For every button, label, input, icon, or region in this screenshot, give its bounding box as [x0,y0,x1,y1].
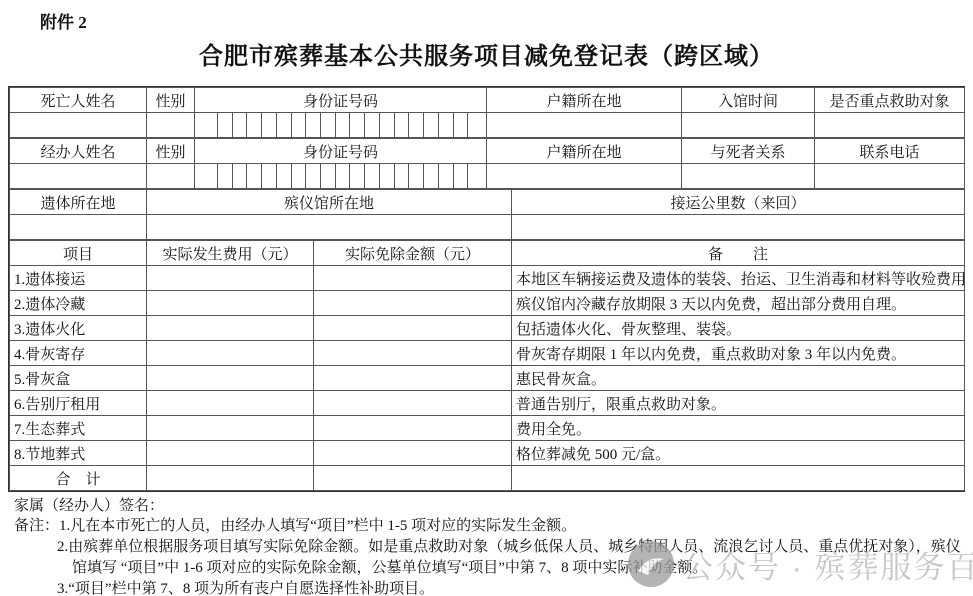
item-cost-cell [147,366,314,391]
item-cost-cell [147,341,314,366]
item-name: 3.遗体火化 [10,316,147,341]
item-name: 4.骨灰寄存 [10,341,147,366]
agent-relation-label: 与死者关系 [682,138,815,164]
body-location-label: 遗体所在地 [10,190,147,215]
agent-id-number-grid [217,164,482,188]
agent-gender-label: 性别 [147,138,195,164]
item-remark: 格位葬减免 500 元/盒。 [512,441,965,466]
agent-gender-entry-cell [147,164,195,189]
actual-cost-column-label: 实际发生费用（元） [147,241,314,266]
item-name: 1.遗体接运 [10,266,147,291]
total-row: 合 计 [10,466,965,491]
item-waiver-cell [314,366,512,391]
item-waiver-cell [314,266,512,291]
deceased-key-assist-label: 是否重点救助对象 [815,88,965,113]
deceased-name-label: 死亡人姓名 [10,88,147,113]
table-row-item-1: 1.遗体接运 本地区车辆接运费及遗体的装袋、抬运、卫生消毒和材料等收殓费用 [10,266,965,291]
agent-header-row: 经办人姓名 性别 身份证号码 户籍所在地 与死者关系 联系电话 [10,138,965,164]
deceased-admission-label: 入馆时间 [682,88,815,113]
agent-id-entry-cell [195,164,487,189]
table-row-item-2: 2.遗体冷藏 殡仪馆内冷藏存放期限 3 天以内免费，超出部分费用自理。 [10,291,965,316]
transport-km-entry-cell [512,215,965,240]
item-waiver-cell [314,391,512,416]
note-line-1: 备注：1.凡在本市死亡的人员，由经办人填写“项目”栏中 1-5 项对应的实际发生… [14,516,966,537]
item-column-label: 项目 [10,241,147,266]
item-remark: 骨灰寄存期限 1 年以内免费，重点救助对象 3 年以内免费。 [512,341,965,366]
agent-phone-entry-cell [815,164,965,189]
item-waiver-cell [314,341,512,366]
deceased-admission-entry-cell [682,113,815,139]
agent-name-entry-cell [10,164,147,189]
page-title: 合肥市殡葬基本公共服务项目减免登记表（跨区域） [0,36,973,71]
item-waiver-cell [314,316,512,341]
deceased-id-label: 身份证号码 [195,88,487,113]
item-waiver-cell [314,291,512,316]
agent-residence-entry-cell [487,164,682,189]
total-waiver-cell [314,466,512,491]
item-cost-cell [147,441,314,466]
item-cost-cell [147,391,314,416]
total-remark-cell [512,466,965,491]
item-name: 6.告别厅租用 [10,391,147,416]
location-section: 遗体所在地 殡仪馆所在地 接运公里数（来回） [9,189,965,240]
agent-residence-label: 户籍所在地 [487,138,682,164]
item-name: 5.骨灰盒 [10,366,147,391]
item-cost-cell [147,416,314,441]
item-name: 2.遗体冷藏 [10,291,147,316]
location-header-row: 遗体所在地 殡仪馆所在地 接运公里数（来回） [10,190,965,215]
item-waiver-cell [314,441,512,466]
item-remark: 费用全免。 [512,416,965,441]
item-name: 7.生态葬式 [10,416,147,441]
deceased-gender-label: 性别 [147,88,195,113]
identity-section: 死亡人姓名 性别 身份证号码 户籍所在地 入馆时间 是否重点救助对象 经办人姓名… [9,87,965,189]
items-header-row: 项目 实际发生费用（元） 实际免除金额（元） 备 注 [10,241,965,266]
deceased-residence-label: 户籍所在地 [487,88,682,113]
table-row-item-3: 3.遗体火化 包括遗体火化、骨灰整理、装袋。 [10,316,965,341]
notes-label: 备注： [14,518,59,534]
note-1-text: 1.凡在本市死亡的人员，由经办人填写“项目”栏中 1-5 项对应的实际发生金额。 [59,518,576,534]
watermark-logo-icon [628,541,674,587]
item-remark: 殡仪馆内冷藏存放期限 3 天以内免费，超出部分费用自理。 [512,291,965,316]
agent-name-label: 经办人姓名 [10,138,147,164]
agent-entry-row [10,164,965,189]
deceased-id-number-grid [217,113,482,137]
item-cost-cell [147,316,314,341]
items-section: 项目 实际发生费用（元） 实际免除金额（元） 备 注 1.遗体接运 本地区车辆接… [9,240,965,491]
attachment-label: 附件 2 [40,8,87,33]
deceased-key-assist-entry-cell [815,113,965,139]
agent-id-label: 身份证号码 [195,138,487,164]
watermark: 公众号 · 殡葬服务百科 [628,541,973,587]
location-entry-row [10,215,965,240]
agent-phone-label: 联系电话 [815,138,965,164]
item-name: 8.节地葬式 [10,441,147,466]
body-location-entry-cell [10,215,147,240]
remark-column-label: 备 注 [512,241,965,266]
deceased-header-row: 死亡人姓名 性别 身份证号码 户籍所在地 入馆时间 是否重点救助对象 [10,88,965,113]
table-row-item-4: 4.骨灰寄存 骨灰寄存期限 1 年以内免费，重点救助对象 3 年以内免费。 [10,341,965,366]
deceased-id-entry-cell [195,113,487,139]
total-label: 合 计 [10,466,147,491]
item-remark: 本地区车辆接运费及遗体的装袋、抬运、卫生消毒和材料等收殓费用 [512,266,965,291]
item-cost-cell [147,266,314,291]
document-page: 附件 2 合肥市殡葬基本公共服务项目减免登记表（跨区域） 死亡人姓名 性别 身份… [0,0,973,596]
deceased-gender-entry-cell [147,113,195,139]
funeral-home-label: 殡仪馆所在地 [147,190,512,215]
item-remark: 普通告别厅，限重点救助对象。 [512,391,965,416]
table-row-item-5: 5.骨灰盒 惠民骨灰盒。 [10,366,965,391]
watermark-text: 公众号 · 殡葬服务百科 [682,542,973,587]
funeral-home-entry-cell [147,215,512,240]
table-row-item-8: 8.节地葬式 格位葬减免 500 元/盒。 [10,441,965,466]
transport-km-label: 接运公里数（来回） [512,190,965,215]
deceased-name-entry-cell [10,113,147,139]
table-row-item-6: 6.告别厅租用 普通告别厅，限重点救助对象。 [10,391,965,416]
item-cost-cell [147,291,314,316]
signature-label: 家属（经办人）签名： [14,494,164,515]
deceased-entry-row [10,113,965,139]
agent-relation-entry-cell [682,164,815,189]
item-remark: 包括遗体火化、骨灰整理、装袋。 [512,316,965,341]
item-remark: 惠民骨灰盒。 [512,366,965,391]
deceased-residence-entry-cell [487,113,682,139]
table-row-item-7: 7.生态葬式 费用全免。 [10,416,965,441]
total-cost-cell [147,466,314,491]
registration-form-table: 死亡人姓名 性别 身份证号码 户籍所在地 入馆时间 是否重点救助对象 经办人姓名… [8,86,965,492]
item-waiver-cell [314,416,512,441]
actual-waiver-column-label: 实际免除金额（元） [314,241,512,266]
